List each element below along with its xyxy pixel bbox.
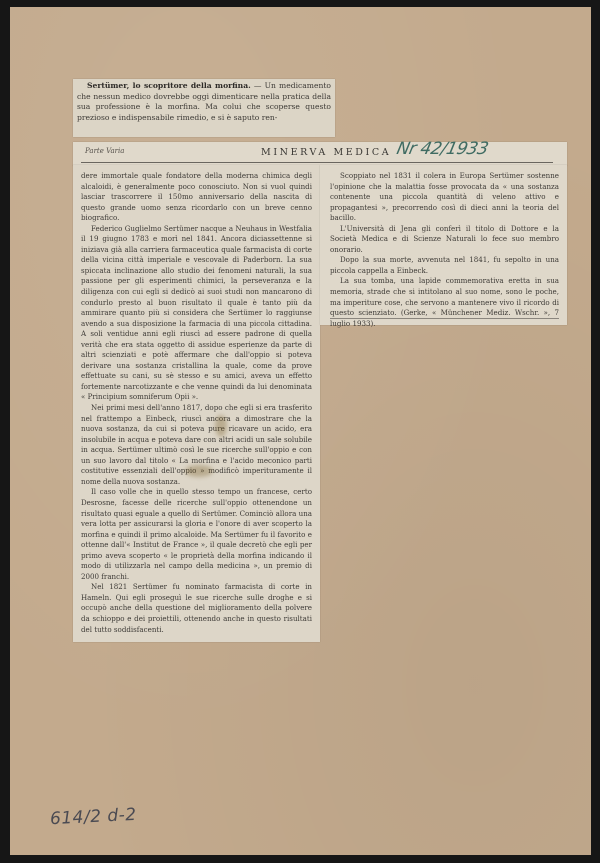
- handwritten-issue-number: Nr 42/1933: [395, 139, 490, 159]
- ink-stain: [215, 415, 227, 437]
- paragraph: Federico Guglielmo Sertümer nacque a Neu…: [81, 224, 312, 403]
- left-column-clipping: dere immortale quale fondatore della mod…: [73, 165, 320, 642]
- paragraph: L'Università di Jena gli conferì il tito…: [330, 224, 559, 256]
- section-label: Parte Varia: [85, 147, 124, 155]
- journal-title: MINERVA MEDICA: [261, 147, 391, 158]
- journal-header: Parte Varia MINERVA MEDICA Nr 42/1933: [73, 142, 567, 166]
- header-rule: [81, 162, 553, 163]
- right-column-clipping: Scoppiato nel 1831 il colera in Europa S…: [320, 165, 567, 325]
- handwritten-inventory-number: 614/2 d-2: [50, 805, 138, 830]
- article-title: Sertümer, lo scopritore della morfina.: [87, 81, 251, 90]
- archival-card: Sertümer, lo scopritore della morfina. —…: [10, 7, 591, 855]
- end-rule: [330, 318, 559, 319]
- paragraph: dere immortale quale fondatore della mod…: [81, 171, 312, 224]
- paragraph: Dopo la sua morte, avvenuta nel 1841, fu…: [330, 255, 559, 276]
- paragraph: La sua tomba, una lapide commemorativa e…: [330, 276, 559, 329]
- paragraph: Scoppiato nel 1831 il colera in Europa S…: [330, 171, 559, 224]
- top-clipping: Sertümer, lo scopritore della morfina. —…: [73, 79, 335, 137]
- paragraph: Il caso volle che in quello stesso tempo…: [81, 487, 312, 582]
- ink-stain: [185, 465, 213, 477]
- paragraph: Nel 1821 Sertümer fu nominato farmacista…: [81, 582, 312, 635]
